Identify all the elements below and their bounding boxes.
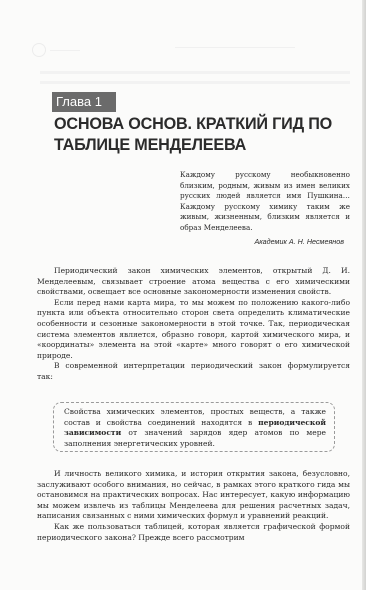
ghost-line (50, 50, 80, 51)
paragraph: Периодический закон химических элементов… (37, 266, 350, 298)
epigraph-quote: Каждому русскому необыкновенно близким, … (180, 170, 350, 233)
paragraph: В современной интерпретации периодически… (37, 361, 350, 382)
book-page: Глава 1 ОСНОВА ОСНОВ. КРАТКИЙ ГИД ПО ТАБ… (0, 0, 366, 590)
body-section-2: И личность великого химика, и история от… (37, 469, 350, 543)
page-edge (362, 0, 366, 590)
ghost-chapter-logo-icon (32, 43, 46, 57)
chapter-title: ОСНОВА ОСНОВ. КРАТКИЙ ГИД ПО ТАБЛИЦЕ МЕН… (54, 114, 354, 156)
body-section-1: Периодический закон химических элементов… (37, 266, 350, 383)
epigraph-author: Академик А. Н. Несмеянов (180, 237, 344, 246)
ghost-line (175, 47, 295, 48)
periodic-law-callout: Свойства химических элементов, простых в… (53, 402, 335, 452)
paragraph: Если перед нами карта мира, то мы можем … (37, 298, 350, 362)
paragraph: И личность великого химика, и история от… (37, 469, 350, 522)
chapter-label: Глава 1 (52, 92, 116, 112)
ghost-text (40, 71, 350, 74)
ghost-text (40, 81, 350, 84)
paragraph: Как же пользоваться таблицей, которая яв… (37, 522, 350, 543)
